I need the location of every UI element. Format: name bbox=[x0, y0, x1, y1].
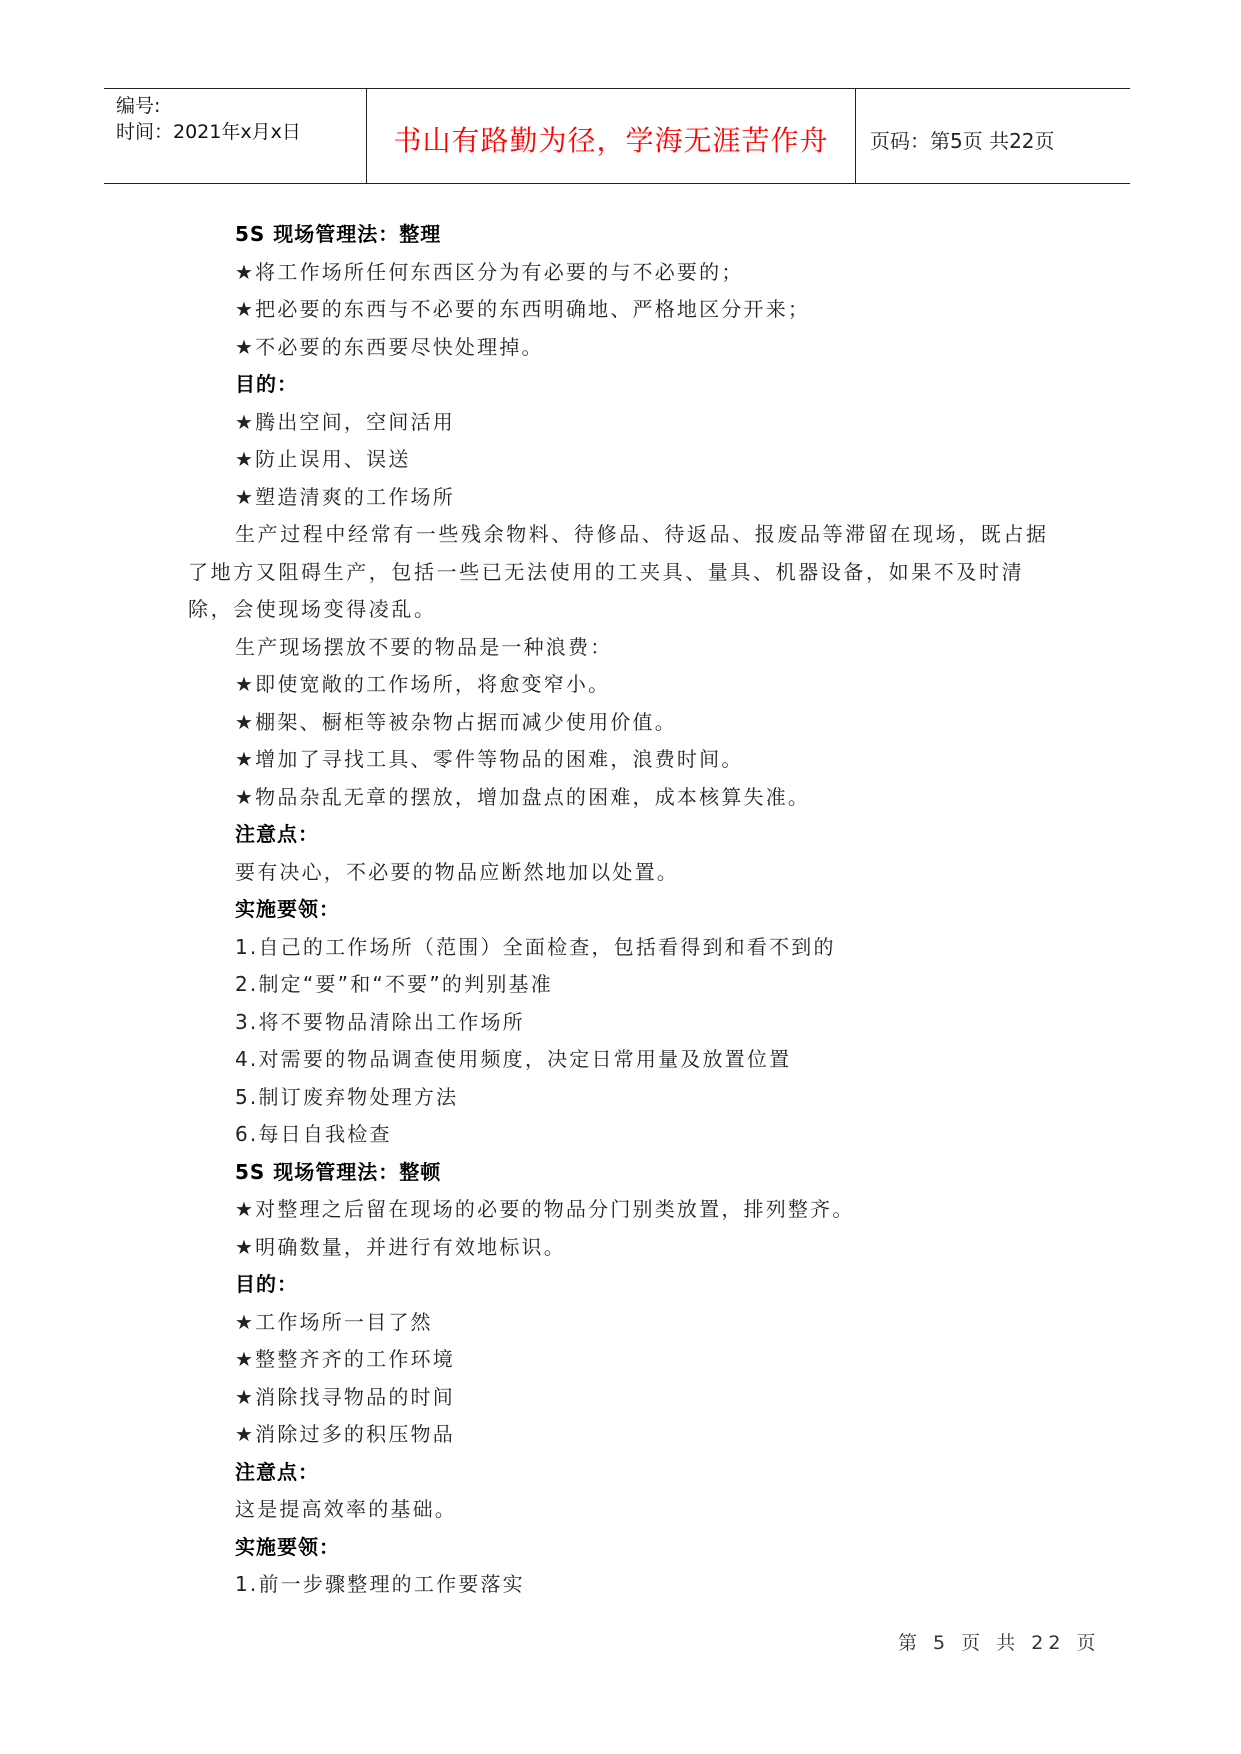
purpose-heading: 目的： bbox=[188, 1266, 1068, 1304]
section-title: 5S 现场管理法：整顿 bbox=[188, 1154, 1068, 1192]
step-item: 2.制定“要”和“不要”的判别基准 bbox=[188, 966, 1068, 1004]
purpose-item: ★消除找寻物品的时间 bbox=[188, 1379, 1068, 1417]
header-page-cell: 页码：第5页 共22页 bbox=[856, 89, 1130, 183]
definition-item: ★明确数量，并进行有效地标识。 bbox=[188, 1229, 1068, 1267]
body-paragraph: 生产过程中经常有一些残余物料、待修品、待返品、报废品等滞留在现场，既占据了地方又… bbox=[188, 516, 1068, 629]
waste-item: ★增加了寻找工具、零件等物品的困难，浪费时间。 bbox=[188, 741, 1068, 779]
waste-intro: 生产现场摆放不要的物品是一种浪费： bbox=[188, 629, 1068, 667]
purpose-item: ★防止误用、误送 bbox=[188, 441, 1068, 479]
step-item: 1.前一步骤整理的工作要落实 bbox=[188, 1566, 1068, 1604]
document-number-label: 编号: bbox=[116, 95, 160, 117]
purpose-item: ★工作场所一目了然 bbox=[188, 1304, 1068, 1342]
waste-item: ★物品杂乱无章的摆放，增加盘点的困难，成本核算失准。 bbox=[188, 779, 1068, 817]
step-item: 6.每日自我检查 bbox=[188, 1116, 1068, 1154]
steps-heading: 实施要领： bbox=[188, 1529, 1068, 1567]
purpose-item: ★塑造清爽的工作场所 bbox=[188, 479, 1068, 517]
notes-text: 要有决心，不必要的物品应断然地加以处置。 bbox=[188, 854, 1068, 892]
step-item: 4.对需要的物品调查使用频度，决定日常用量及放置位置 bbox=[188, 1041, 1068, 1079]
step-item: 1.自己的工作场所（范围）全面检查，包括看得到和看不到的 bbox=[188, 929, 1068, 967]
purpose-item: ★整整齐齐的工作环境 bbox=[188, 1341, 1068, 1379]
header-meta-cell: 编号: 时间：2021年x月x日 bbox=[104, 89, 366, 183]
definition-item: ★对整理之后留在现场的必要的物品分门别类放置，排列整齐。 bbox=[188, 1191, 1068, 1229]
purpose-item: ★腾出空间，空间活用 bbox=[188, 404, 1068, 442]
header-motto-cell: 书山有路勤为径，学海无涯苦作舟 bbox=[366, 89, 856, 183]
definition-item: ★把必要的东西与不必要的东西明确地、严格地区分开来； bbox=[188, 291, 1068, 329]
notes-heading: 注意点： bbox=[188, 816, 1068, 854]
document-body: 5S 现场管理法：整理 ★将工作场所任何东西区分为有必要的与不必要的； ★把必要… bbox=[188, 216, 1068, 1604]
purpose-item: ★消除过多的积压物品 bbox=[188, 1416, 1068, 1454]
definition-item: ★不必要的东西要尽快处理掉。 bbox=[188, 329, 1068, 367]
section-title: 5S 现场管理法：整理 bbox=[188, 216, 1068, 254]
purpose-heading: 目的： bbox=[188, 366, 1068, 404]
header-page-number: 页码：第5页 共22页 bbox=[870, 125, 1055, 154]
steps-heading: 实施要领： bbox=[188, 891, 1068, 929]
page-footer: 第 5 页 共 22 页 bbox=[898, 1628, 1100, 1655]
document-header: 编号: 时间：2021年x月x日 书山有路勤为径，学海无涯苦作舟 页码：第5页 … bbox=[104, 88, 1130, 184]
definition-item: ★将工作场所任何东西区分为有必要的与不必要的； bbox=[188, 254, 1068, 292]
document-date: 时间：2021年x月x日 bbox=[116, 121, 301, 143]
waste-item: ★即使宽敞的工作场所，将愈变窄小。 bbox=[188, 666, 1068, 704]
step-item: 5.制订废弃物处理方法 bbox=[188, 1079, 1068, 1117]
step-item: 3.将不要物品清除出工作场所 bbox=[188, 1004, 1068, 1042]
notes-heading: 注意点： bbox=[188, 1454, 1068, 1492]
waste-item: ★棚架、橱柜等被杂物占据而减少使用价值。 bbox=[188, 704, 1068, 742]
notes-text: 这是提高效率的基础。 bbox=[188, 1491, 1068, 1529]
motto: 书山有路勤为径，学海无涯苦作舟 bbox=[367, 119, 855, 159]
